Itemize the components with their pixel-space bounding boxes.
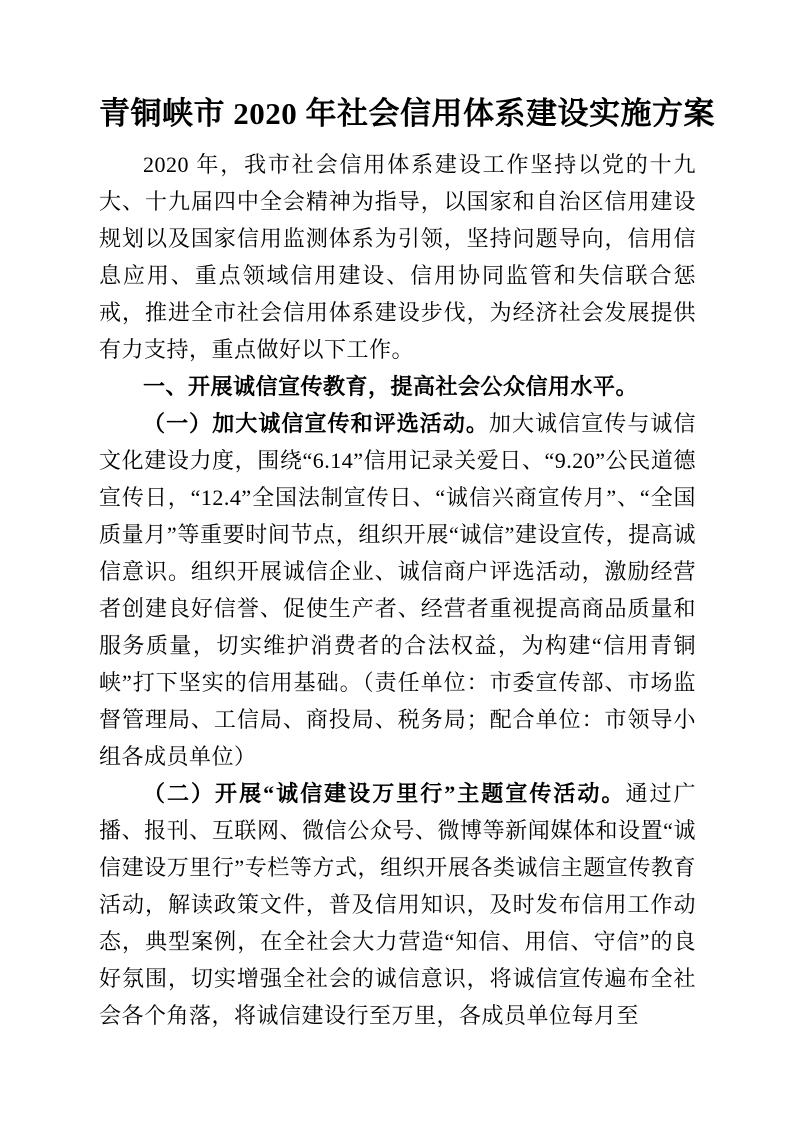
item-paragraph-1: （一）加大诚信宣传和评选活动。加大诚信宣传与诚信文化建设力度，围绕“6.14”信… xyxy=(99,405,696,775)
item-paragraph-2: （二）开展“诚信建设万里行”主题宣传活动。通过广播、报刊、互联网、微信公众号、微… xyxy=(99,775,696,1034)
document-page: 青铜峡市 2020 年社会信用体系建设实施方案 2020 年，我市社会信用体系建… xyxy=(0,0,793,1122)
section-heading-1: 一、开展诚信宣传教育，提高社会公众信用水平。 xyxy=(99,368,696,405)
intro-paragraph: 2020 年，我市社会信用体系建设工作坚持以党的十九大、十九届四中全会精神为指导… xyxy=(99,146,696,368)
document-title: 青铜峡市 2020 年社会信用体系建设实施方案 xyxy=(99,92,696,136)
item-1-lead: （一）加大诚信宣传和评选活动。 xyxy=(143,411,489,436)
item-2-lead: （二）开展“诚信建设万里行”主题宣传活动。 xyxy=(143,781,625,806)
item-2-text: 通过广播、报刊、互联网、微信公众号、微博等新闻媒体和设置“诚信建设万里行”专栏等… xyxy=(99,781,696,1028)
item-1-text: 加大诚信宣传与诚信文化建设力度，围绕“6.14”信用记录关爱日、“9.20”公民… xyxy=(99,411,696,769)
